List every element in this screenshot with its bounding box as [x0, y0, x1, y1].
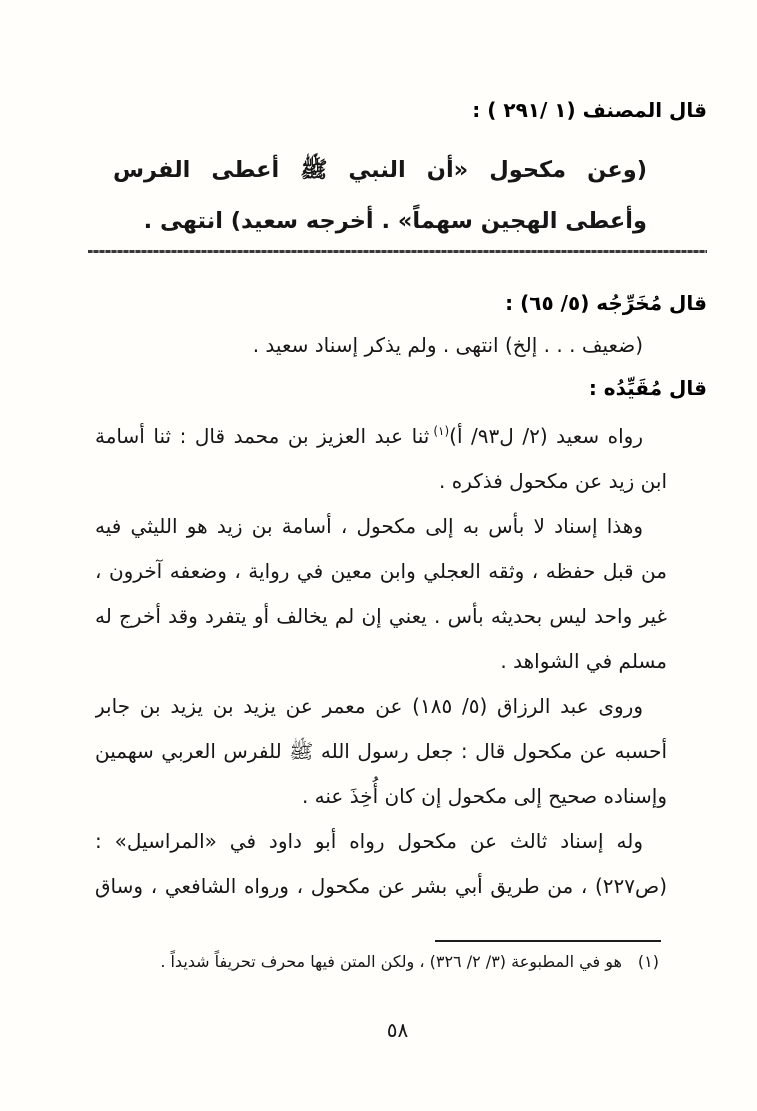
footnote: (١)هو في المطبوعة (٣/ ٢/ ٣٢٦) ، ولكن الم… [88, 949, 659, 974]
isnad-text-pre: رواه سعيد (٢/ ل٩٣/ أ) [449, 424, 643, 448]
body-line: (ص٢٢٧) ، من طريق أبي بشر عن مكحول ، وروا… [95, 864, 667, 909]
body-line: مسلم في الشواهد . [95, 639, 667, 684]
body-line: أحسبه عن مكحول قال : جعل رسول الله ﷺ للف… [95, 729, 667, 774]
body-line: وإسناده صحيح إلى مكحول إن كان أُخِذَ عنه… [95, 774, 667, 819]
footnote-number: (١) [638, 952, 659, 971]
body-line: غير واحد ليس بحديثه بأس . يعني إن لم يخا… [95, 594, 667, 639]
hadith-quote-line: (وعن مكحول «أن النبي ﷺ أعطى الفرس العربي… [113, 145, 647, 196]
mukharrij-verdict-line: (ضعيف . . . إلخ) انتهى . ولم يذكر إسناد … [88, 329, 667, 362]
book-page: قال المصنف (١ /٢٩١ ) : (وعن مكحول «أن ال… [0, 0, 757, 1111]
body-line: وروى عبد الرزاق (٥/ ١٨٥) عن معمر عن يزيد… [95, 684, 667, 729]
section-divider-rule [88, 250, 707, 253]
footnote-separator-rule [435, 940, 661, 942]
footnote-text: هو في المطبوعة (٣/ ٢/ ٣٢٦) ، ولكن المتن … [160, 952, 622, 971]
body-line: من قبل حفظه ، وثقه العجلي وابن معين في ر… [95, 549, 667, 594]
footnote-reference-marker: (١) [433, 424, 449, 438]
hadith-quote-block: (وعن مكحول «أن النبي ﷺ أعطى الفرس العربي… [113, 145, 647, 247]
body-line: وهذا إسناد لا بأس به إلى مكحول ، أسامة ب… [95, 504, 667, 549]
heading-qala-al-musannif: قال المصنف (١ /٢٩١ ) : [88, 96, 707, 124]
body-line: ابن زيد عن مكحول فذكره . [95, 459, 667, 504]
isnad-text-post: ثنا عبد العزيز بن محمد قال : ثنا أسامة [95, 424, 429, 448]
commentary-body: رواه سعيد (٢/ ل٩٣/ أ)(١)ثنا عبد العزيز ب… [95, 414, 667, 909]
heading-qala-mukharrijuh: قال مُخَرِّجُه (٥/ ٦٥) : [88, 288, 707, 318]
page-number: ٥٨ [88, 1018, 707, 1042]
body-line: وله إسناد ثالث عن مكحول رواه أبو داود في… [95, 819, 667, 864]
heading-qala-muqayyiduh: قال مُقَيِّدُه : [88, 373, 707, 403]
hadith-quote-line: وأعطى الهجين سهماً» . أخرجه سعيد) انتهى … [113, 196, 647, 247]
body-line-isnad-saeed: رواه سعيد (٢/ ل٩٣/ أ)(١)ثنا عبد العزيز ب… [95, 414, 667, 459]
